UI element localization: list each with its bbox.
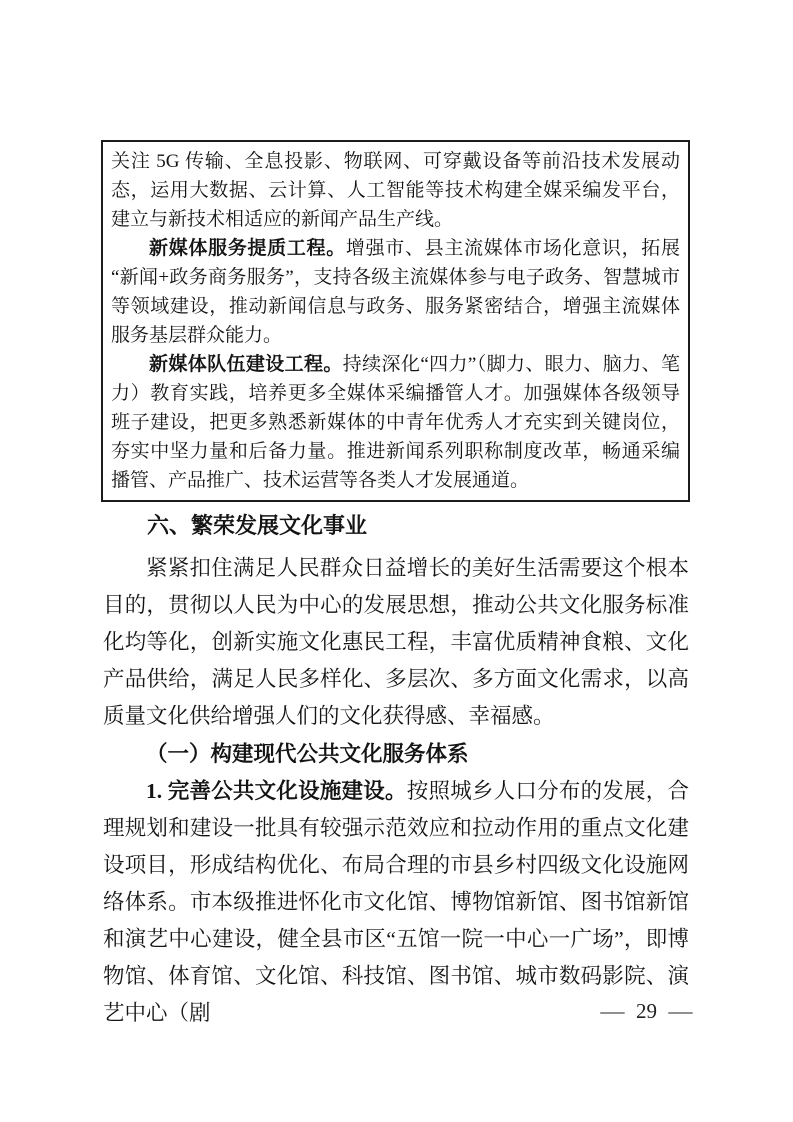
page-number: — 29 — — [602, 998, 691, 1024]
section-heading: 六、繁荣发展文化事业 — [103, 507, 689, 544]
box-paragraph-text: 关注 5G 传输、全息投影、物联网、可穿戴设备等前沿技术发展动态，运用大数据、云… — [111, 151, 680, 230]
new-media-projects-box: 关注 5G 传输、全息投影、物联网、可穿戴设备等前沿技术发展动态，运用大数据、云… — [101, 140, 690, 502]
item-text: 按照城乡人口分布的发展，合理规划和建设一批具有较强示范效应和拉动作用的重点文化建… — [103, 779, 689, 1025]
footer-left-dash: — — [600, 998, 624, 1024]
footer-right-dash: — — [668, 998, 692, 1024]
section-culture: 六、繁荣发展文化事业 紧紧扣住满足人民群众日益增长的美好生活需要这个根本目的，贯… — [103, 507, 689, 1032]
box-paragraph-team-project: 新媒体队伍建设工程。持续深化“四力”（脚力、眼力、脑力、笔力）教育实践，培养更多… — [111, 350, 680, 495]
item-paragraph-facilities: 1. 完善公共文化设施建设。按照城乡人口分布的发展，合理规划和建设一批具有较强示… — [103, 773, 689, 1032]
subsection-heading: （一）构建现代公共文化服务体系 — [103, 735, 689, 773]
box-paragraph-service-project: 新媒体服务提质工程。增强市、县主流媒体市场化意识，拓展“新闻+政务商务服务”，支… — [111, 234, 680, 350]
box-paragraph-continuation: 关注 5G 传输、全息投影、物联网、可穿戴设备等前沿技术发展动态，运用大数据、云… — [111, 147, 680, 234]
box-paragraph-lead: 新媒体服务提质工程。 — [149, 238, 346, 259]
document-page: 关注 5G 传输、全息投影、物联网、可穿戴设备等前沿技术发展动态，运用大数据、云… — [0, 0, 793, 1122]
footer-page-number: 29 — [636, 998, 657, 1024]
item-lead: 1. 完善公共文化设施建设。 — [146, 779, 407, 803]
box-paragraph-lead: 新媒体队伍建设工程。 — [149, 354, 343, 375]
section-intro-paragraph: 紧紧扣住满足人民群众日益增长的美好生活需要这个根本目的，贯彻以人民为中心的发展思… — [103, 550, 689, 735]
